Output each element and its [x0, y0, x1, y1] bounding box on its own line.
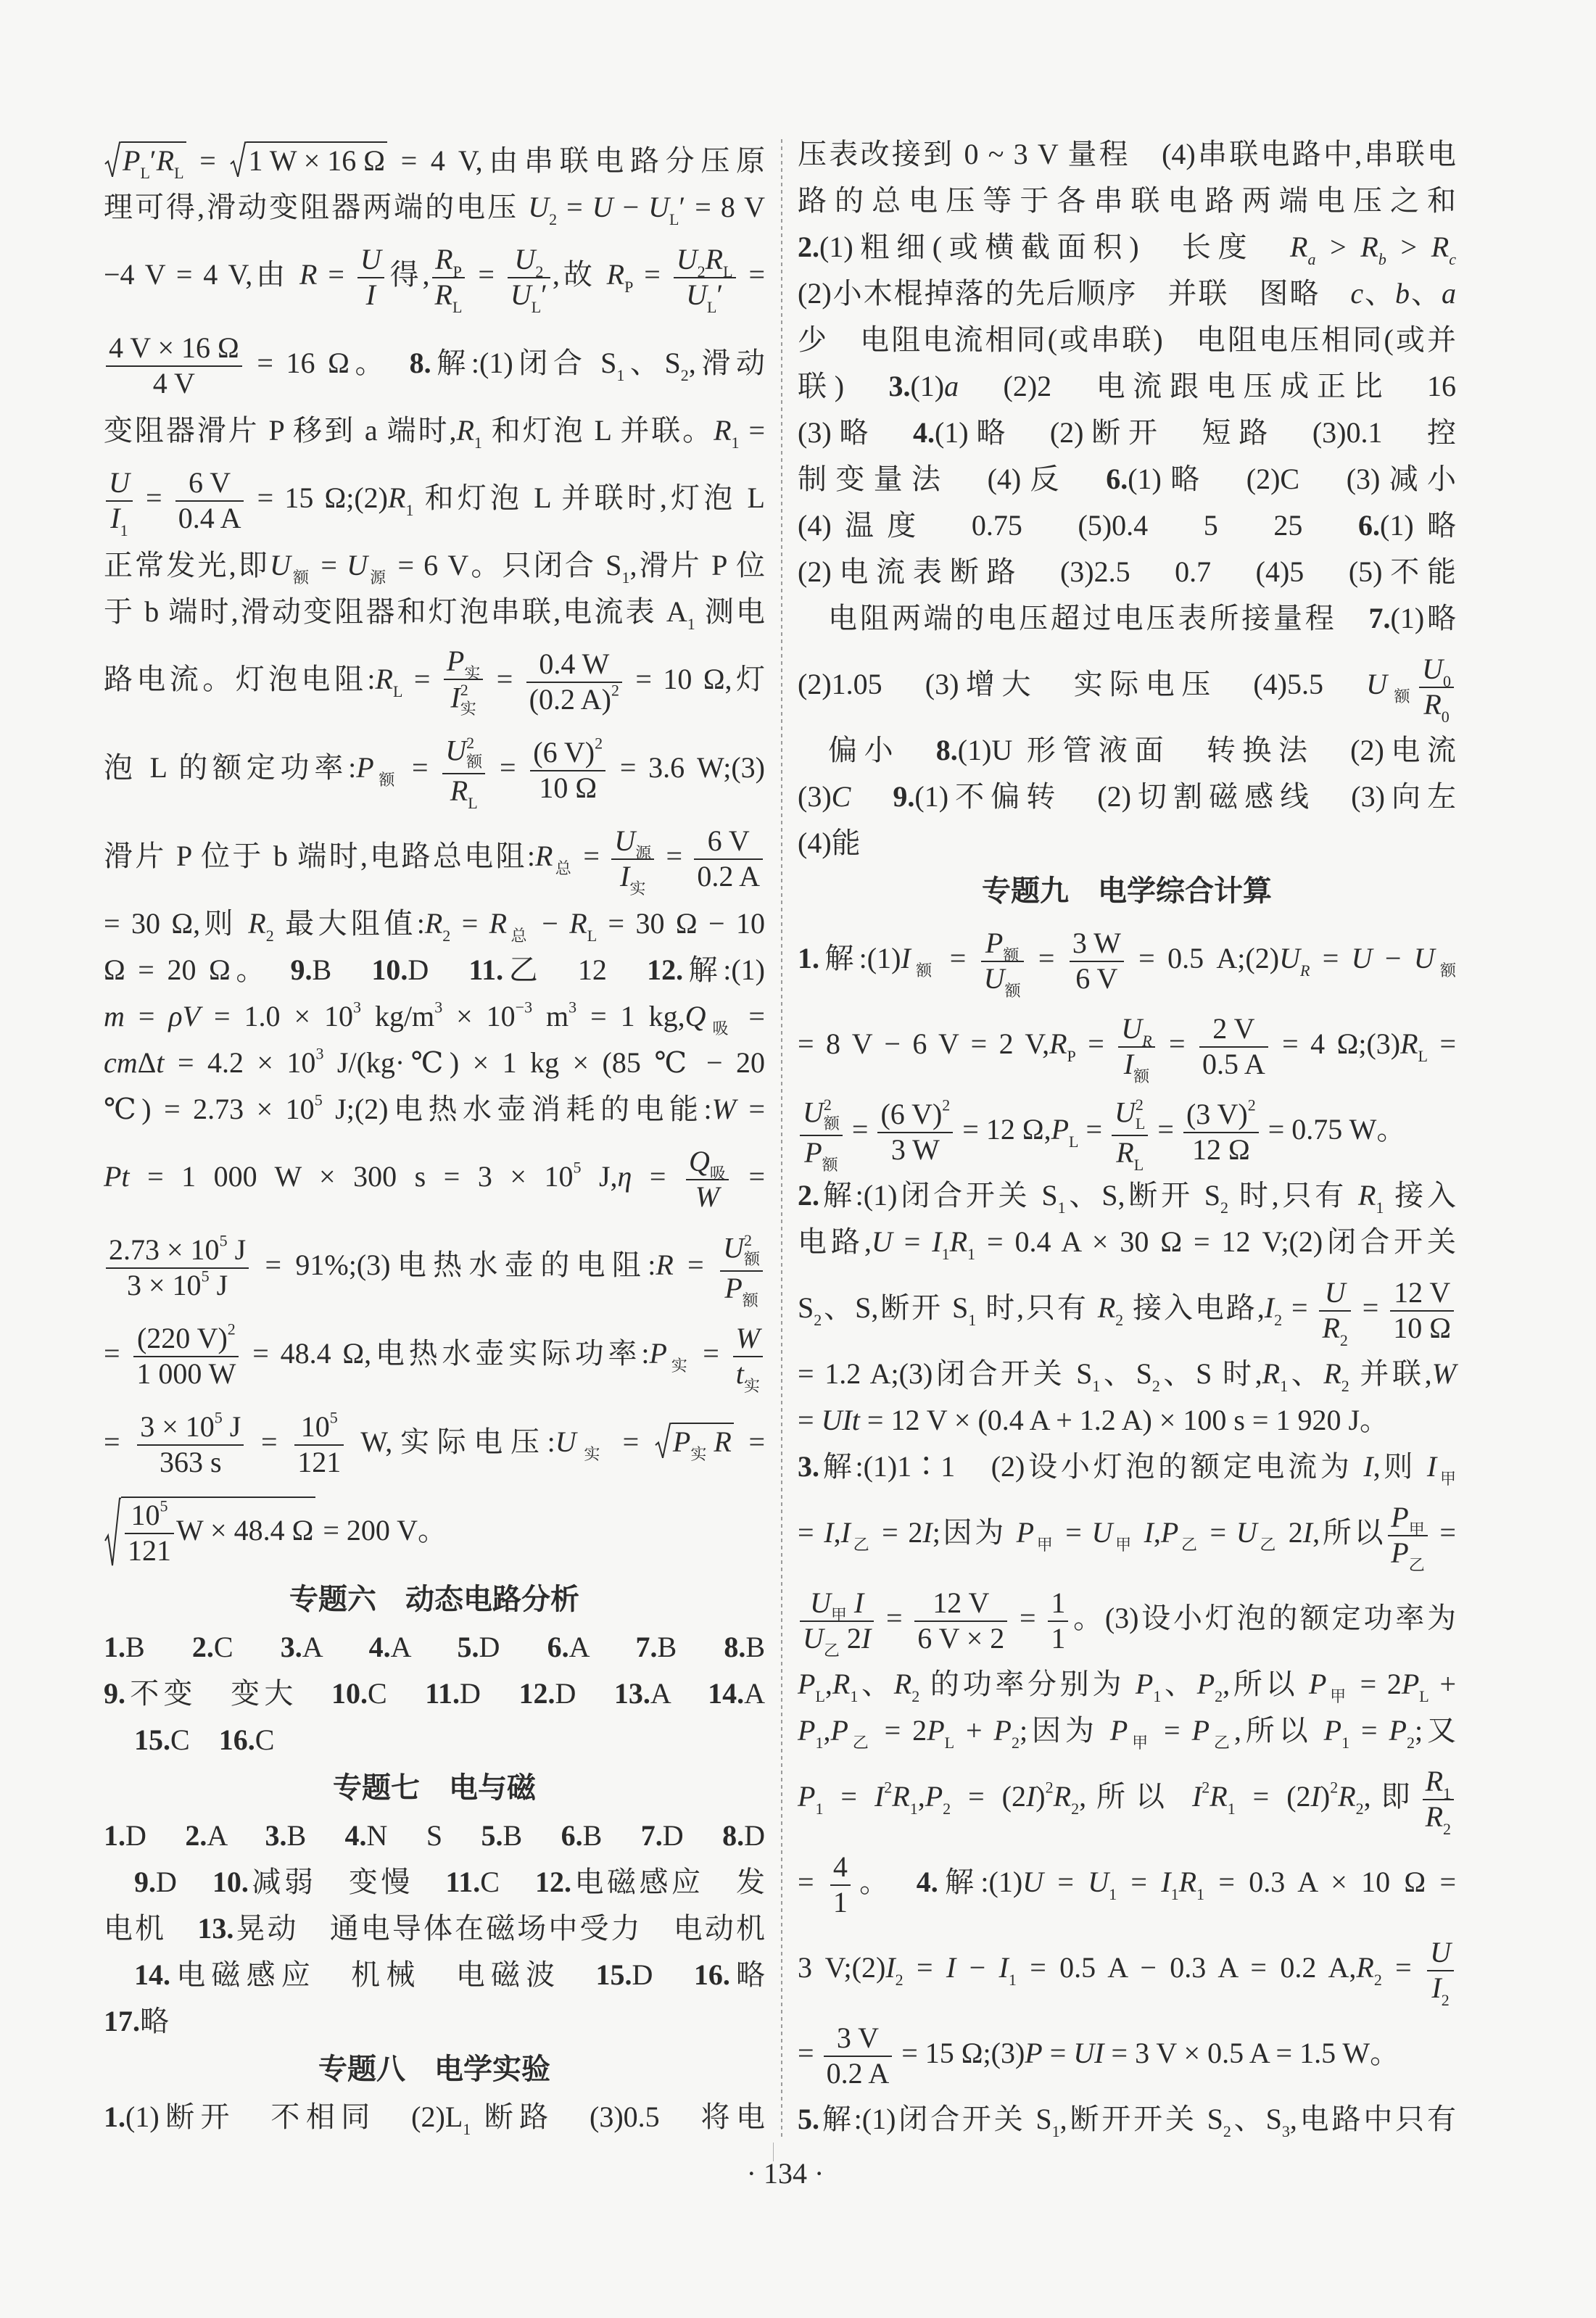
text-run: ,滑片 P 位	[629, 549, 765, 581]
superscript: 2	[824, 1096, 840, 1114]
fraction: U2LRL	[1112, 1096, 1148, 1170]
text-run: A	[302, 1631, 369, 1663]
sup-sub-stack: 2L	[1136, 1096, 1145, 1134]
answer-line: 1.D 2.A 3.B 4.N S 5.B 6.B 7.D 8.D	[104, 1813, 765, 1859]
answer-line: = UIt = 12 V × (0.4 A + 1.2 A) × 100 s =…	[798, 1397, 1456, 1444]
math-variable: R	[1426, 1800, 1443, 1833]
text-run: =	[311, 549, 347, 581]
superscript: 5	[573, 1158, 581, 1176]
text-run: 电阻两端的电压超过电压表所接量程	[828, 602, 1369, 634]
text-run: =	[467, 258, 505, 291]
fraction-denominator: U额	[981, 962, 1024, 996]
sup-sub-stack: 2实	[460, 681, 476, 719]
text-run: 理可得,滑动变阻器两端的电压	[104, 191, 528, 223]
answer-line: 2.73 × 105 J3 × 105 J = 91%;(3)电热水壶的电阻:R…	[104, 1221, 765, 1309]
text-run: (2)2 电流跟电压成正比 16	[959, 370, 1456, 402]
fraction-numerator: P甲	[1388, 1502, 1427, 1536]
text-run	[1134, 1516, 1144, 1549]
answer-line: 3 V;(2)I2 = I − I1 = 0.5 A − 0.3 A = 0.2…	[798, 1925, 1456, 2011]
answer-line: 滑片 P 位于 b 端时,电路总电阻:R总 = U源I实 = 6 V0.2 A	[104, 812, 765, 901]
fraction: U2RLUL′	[674, 244, 736, 312]
answer-line: 9.D 10.减弱 变慢 11.C 12.电磁感应 发	[104, 1859, 765, 1905]
answer-line: (2)1.05 (3)增大 实际电压 (4)5.5 U额U0R0	[798, 642, 1456, 727]
math-variable: I	[1427, 1450, 1436, 1483]
math-variable: I	[922, 1516, 932, 1549]
text-run: =	[823, 1780, 875, 1813]
text-run: ;因为	[933, 1516, 1017, 1549]
text-run: ,断开开关 S	[1060, 2103, 1223, 2135]
answer-line: S2、S,断开 S1 时,只有 R2 接入电路,I2 = UR2 = 12 V1…	[798, 1265, 1456, 1351]
fraction-denominator: R0	[1419, 688, 1454, 721]
fraction-denominator: RL	[442, 774, 485, 808]
fraction: 6 V0.2 A	[694, 825, 763, 893]
text-run: C	[255, 1723, 275, 1756]
text-run: = 1 kg,	[576, 1000, 685, 1032]
question-number: 15.	[596, 1958, 632, 1991]
text-run: =	[735, 1000, 765, 1032]
text-run: 2 V	[1212, 1012, 1254, 1045]
subscript: 2	[1442, 1991, 1450, 2009]
text-run: × 10	[442, 1000, 515, 1032]
text-run: ,即	[1364, 1780, 1421, 1813]
math-variable: P	[1391, 1536, 1408, 1569]
fraction-numerator: P实	[444, 645, 483, 680]
text-run: A	[207, 1819, 265, 1852]
square-root: 105121W × 48.4 Ω	[104, 1497, 315, 1568]
answer-line: 泡 L 的额定功率:P额 = U2额RL = (6 V)210 Ω = 3.6 …	[104, 724, 765, 812]
math-variable: UIt	[822, 1404, 860, 1436]
subscript: 2	[1374, 1971, 1382, 1989]
math-variable: R	[456, 414, 474, 447]
fraction: 105121	[125, 1499, 174, 1568]
fraction: 4 V × 16 Ω4 V	[106, 332, 242, 400]
answer-line: 于 b 端时,滑动变阻器和灯泡串联,电流表 A1 测电	[104, 589, 765, 635]
answer-line: 15.C 16.C	[104, 1717, 765, 1763]
text-run: = 30 Ω − 10	[597, 907, 765, 940]
text-run: D	[663, 1819, 722, 1852]
math-variable: P	[724, 1272, 742, 1304]
text-run: (1)断开 不相同 (2)L	[125, 2100, 463, 2133]
fraction-numerator: U2额	[800, 1096, 843, 1136]
text-run: B	[125, 1631, 192, 1663]
math-variable: U	[528, 191, 549, 223]
text-run: J	[223, 1410, 241, 1443]
text-run: ,滑动	[689, 347, 765, 379]
fraction-numerator: 12 V	[1390, 1277, 1454, 1312]
subscript: 实	[744, 1377, 760, 1395]
question-number: 1.	[798, 942, 819, 974]
text-run: A	[569, 1631, 636, 1663]
question-number: 17.	[104, 2005, 140, 2037]
text-run: 3 W	[1072, 927, 1121, 959]
subscript: 1	[1009, 1971, 1017, 1989]
section-heading: 专题八 电学实验	[104, 2045, 765, 2094]
text-run: ,故	[553, 258, 607, 291]
question-number: 4.	[913, 416, 935, 449]
question-number: 16.	[694, 1958, 730, 1991]
math-variable: UI	[1073, 2037, 1104, 2069]
text-run: 、S	[624, 347, 680, 379]
fraction-denominator: 1	[830, 1886, 851, 1919]
math-variable: U	[648, 191, 669, 223]
answer-line: = 41。 4.解:(1)U = U1 = I1R1 = 0.3 A × 10 …	[798, 1839, 1456, 1925]
answer-line: 105121W × 48.4 Ω = 200 V。	[104, 1486, 765, 1575]
math-variable: I	[1311, 1780, 1320, 1813]
question-number: 2.	[185, 1819, 207, 1852]
subscript: 乙	[824, 1642, 840, 1660]
answer-line: (4)能	[798, 820, 1456, 866]
fraction-numerator: U甲 I	[800, 1587, 874, 1622]
text-run: = 2	[872, 1516, 922, 1549]
math-variable: I	[366, 278, 376, 311]
math-variable: R	[1431, 231, 1449, 263]
text-run: J;(2)电热水壶消耗的电能:	[323, 1093, 712, 1125]
superscript: 2	[1046, 1778, 1054, 1796]
subscript: 1	[1171, 1885, 1179, 1903]
text-run: =	[104, 1425, 135, 1458]
subscript: 0	[1442, 708, 1450, 726]
text-run: =	[1382, 1951, 1425, 1984]
text-run: 12 V	[933, 1586, 989, 1619]
text-run: 时,只有	[976, 1291, 1097, 1324]
answer-line: Ω = 20 Ω。 9.B 10.D 11.乙 12 12.解:(1)	[104, 947, 765, 993]
text-run: (3 V)	[1186, 1098, 1248, 1130]
text-run: =	[1009, 1602, 1046, 1634]
subscript: 2	[1223, 2122, 1231, 2140]
subscript: L	[945, 1734, 954, 1752]
fraction-numerator: W	[733, 1322, 763, 1357]
answer-line: 路的总电压等于各串联电路两端电压之和	[798, 178, 1456, 224]
text-run: =	[904, 1951, 946, 1984]
superscript: 2	[595, 734, 603, 752]
text-run: 电路,	[798, 1225, 872, 1258]
math-variable: C	[832, 780, 851, 813]
math-variable: η	[618, 1160, 632, 1193]
math-variable: W	[736, 1322, 760, 1354]
text-run: 10	[131, 1499, 160, 1531]
math-variable: I	[110, 502, 120, 534]
fraction-denominator: 363 s	[137, 1446, 244, 1479]
answer-line: 联) 3.(1)a (2)2 电流跟电压成正比 16	[798, 363, 1456, 410]
math-variable: R	[376, 663, 393, 695]
fraction-denominator: 0.2 A	[824, 2057, 893, 2090]
answer-line: = 8 V − 6 V = 2 V,RP = URI额 = 2 V0.5 A =…	[798, 1001, 1456, 1087]
math-variable: P	[1309, 1668, 1326, 1700]
math-variable: m	[104, 1000, 125, 1032]
text-run: 接入	[1384, 1179, 1456, 1212]
math-variable: I	[1124, 1048, 1133, 1080]
text-run: 解:(1)	[938, 1866, 1022, 1898]
text-run: (1)U 形管液面 转换法 (2)电流	[958, 734, 1456, 766]
math-variable: U	[1115, 1096, 1136, 1129]
math-variable: I	[824, 1516, 833, 1549]
math-variable: U	[1092, 1516, 1113, 1549]
radicand: 105121W × 48.4 Ω	[121, 1497, 315, 1568]
text-run: 10	[301, 1410, 330, 1443]
fraction-denominator: 3 W	[877, 1133, 953, 1167]
text-run: B	[745, 1631, 765, 1663]
math-variable: I	[1192, 1780, 1202, 1813]
fraction-numerator: U2	[508, 244, 550, 278]
math-variable: I	[1363, 1450, 1373, 1483]
fraction: P甲P乙	[1388, 1502, 1427, 1570]
text-run: 减弱 变慢	[249, 1866, 446, 1898]
text-run: =	[574, 840, 609, 872]
subscript: 2	[1443, 1820, 1451, 1838]
text-run: 解:(1)	[819, 942, 901, 974]
subscript: 1	[463, 2120, 471, 2138]
text-run: =	[1043, 2037, 1074, 2069]
text-run: 0.4 W	[539, 647, 609, 680]
text-run: =	[734, 1425, 765, 1458]
question-number: 15.	[134, 1723, 170, 1756]
text-run: 制变量法 (4)反	[798, 463, 1106, 495]
text-run: =	[135, 481, 173, 514]
answer-line: = 30 Ω,则 R2 最大阻值:R2 = R总 − RL = 30 Ω − 1…	[104, 901, 765, 947]
subscript: L	[1136, 1114, 1145, 1133]
text-run: Ω = 20 Ω。	[104, 953, 291, 986]
subscript: 1	[815, 1800, 823, 1818]
math-variable: I	[946, 1951, 956, 1984]
question-number: 10.	[371, 953, 408, 986]
text-run: =	[1428, 1027, 1456, 1060]
text-run: ,电路中只有	[1290, 2103, 1456, 2135]
subscript: a	[1307, 250, 1315, 268]
fraction: 12 V6 V × 2	[914, 1587, 1007, 1655]
math-variable: R	[1098, 1291, 1115, 1324]
subscript: 2	[681, 366, 689, 384]
subscript: 1	[1052, 2122, 1060, 2140]
math-variable: P	[123, 144, 140, 177]
text-run: (1)	[910, 370, 944, 402]
fraction-numerator: U2额	[442, 734, 485, 774]
math-variable: W	[712, 1093, 736, 1125]
text-run: 路电流。灯泡电阻:	[104, 663, 376, 695]
text-run: =	[317, 258, 355, 291]
subscript: L	[532, 298, 541, 316]
fraction-numerator: R1	[1423, 1766, 1454, 1800]
math-variable: U	[1121, 1012, 1142, 1045]
text-run: J	[228, 1233, 247, 1266]
math-variable: W	[695, 1180, 719, 1213]
subscript: L	[140, 164, 149, 182]
subscript: 额	[1133, 1067, 1149, 1085]
subscript: 实	[576, 1445, 608, 1463]
text-run: 4 V × 16 Ω	[109, 331, 239, 364]
fraction-denominator: 121	[125, 1534, 174, 1568]
fraction-numerator: 105	[294, 1411, 344, 1446]
radicand: PL′RL	[121, 141, 186, 178]
subscript: 2	[1340, 1331, 1348, 1349]
fraction: URI额	[1118, 1013, 1154, 1081]
text-run: 、S,断开 S	[822, 1291, 968, 1324]
text-run: ,所以	[1223, 1668, 1309, 1700]
text-run: 121	[297, 1446, 341, 1478]
text-run: 10 Ω	[539, 771, 597, 804]
math-variable: U	[614, 824, 635, 857]
question-number: 6.	[1358, 509, 1380, 542]
subscript: 甲	[1436, 1470, 1456, 1488]
answer-line: 17.略	[104, 1998, 765, 2045]
answer-line: P1 = I2R1,P2 = (2I)2R2,所以 I2R1 = (2I)2R2…	[798, 1754, 1456, 1839]
text-run: =	[1157, 1027, 1197, 1060]
subscript: 1	[910, 1800, 918, 1818]
left-column: PL′RL = 1 W × 16 Ω = 4 V,由串联电路分压原理可得,滑动变…	[104, 138, 765, 2140]
text-run: = 3.6 W;(3)	[608, 751, 765, 784]
subscript: L	[468, 794, 477, 812]
question-number: 2.	[798, 231, 819, 263]
text-run: = 2	[1349, 1668, 1402, 1700]
text-run: = 12 V × (0.4 A + 1.2 A) × 100 s = 1 920…	[860, 1404, 1389, 1436]
fraction-numerator: RP	[432, 244, 466, 278]
question-number: 11.	[425, 1677, 460, 1710]
subscript: L	[587, 927, 597, 945]
math-variable: I	[885, 1951, 895, 1984]
question-number: 16.	[219, 1723, 255, 1756]
fraction-denominator: 3 × 105 J	[106, 1269, 249, 1302]
math-variable: P	[1402, 1668, 1419, 1700]
math-variable: I	[1303, 1516, 1312, 1549]
fraction: 105121	[294, 1411, 344, 1479]
answer-line: 少 电阻电流相同(或串联) 电阻电压相同(或并	[798, 317, 1456, 363]
question-number: 5.	[481, 1819, 503, 1852]
math-variable: U	[1022, 1866, 1043, 1898]
math-variable: R	[607, 258, 624, 291]
square-root: P实 R	[654, 1423, 734, 1459]
answer-line: (2)小木棍掉落的先后顺序 并联 图略 c、b、a	[798, 270, 1456, 317]
text-run: 0.2 A	[827, 2057, 890, 2090]
text-run: =	[125, 1000, 168, 1032]
answer-key-page: PL′RL = 1 W × 16 Ω = 4 V,由串联电路分压原理可得,滑动变…	[0, 0, 1596, 2318]
text-run: ,	[823, 1714, 830, 1747]
question-number: 7.	[1369, 602, 1391, 634]
text-run: C	[214, 1631, 281, 1663]
square-root: 1 W × 16 Ω	[229, 141, 387, 178]
text-run: Δ	[138, 1046, 157, 1079]
answer-line: 9.不变 变大 10.C 11.D 12.D 13.A 14.A	[104, 1671, 765, 1717]
subscript: 1	[850, 1687, 858, 1705]
text-run: = 12 Ω,	[955, 1113, 1051, 1146]
fraction: 41	[830, 1851, 851, 1919]
math-variable: R	[450, 774, 468, 807]
fraction-numerator: U2额	[720, 1231, 763, 1272]
text-run: −	[956, 1951, 998, 1984]
subscript: L	[707, 298, 716, 316]
subscript: 甲	[1034, 1536, 1055, 1554]
text-run: 滑片 P 位于 b 端时,电路总电阻:	[104, 840, 535, 872]
fraction-denominator: U乙 2I	[800, 1622, 874, 1655]
superscript: 2	[942, 1096, 950, 1114]
math-variable: R	[535, 840, 553, 872]
fraction-denominator: I1	[106, 502, 133, 535]
text-run: 3 V;(2)	[798, 1951, 885, 1984]
answer-line: Pt = 1 000 W × 300 s = 3 × 105 J,η = Q吸W…	[104, 1133, 765, 1221]
math-variable: P	[1391, 1501, 1408, 1533]
text-run: ℃) = 2.73 × 10	[104, 1093, 315, 1125]
math-variable: P	[356, 751, 373, 784]
math-variable: P	[1136, 1668, 1153, 1700]
subscript: 实	[667, 1357, 692, 1375]
fraction-denominator: 6 V × 2	[914, 1622, 1007, 1655]
text-run: A	[650, 1677, 708, 1710]
answer-line: (2)电流表断路 (3)2.5 0.7 (4)5 (5)不能	[798, 549, 1456, 595]
text-run: (2)电流表断路 (3)2.5 0.7 (4)5 (5)不能	[798, 555, 1456, 588]
text-run: 、	[1288, 1357, 1323, 1390]
text-run: =	[1026, 942, 1067, 974]
question-number: 9.	[134, 1866, 156, 1898]
fraction: P额U额	[981, 927, 1024, 996]
math-variable: I	[901, 942, 910, 974]
radical-sign-icon	[654, 1423, 671, 1459]
fraction-denominator: 10 Ω	[1390, 1312, 1454, 1345]
text-run: 4	[833, 1850, 848, 1883]
text-run: =	[736, 1093, 765, 1125]
fraction-numerator: U	[357, 244, 384, 278]
text-run: ;又	[1415, 1714, 1456, 1747]
math-variable: P	[1192, 1714, 1210, 1747]
math-variable: I	[620, 860, 629, 893]
text-run: B	[503, 1819, 561, 1852]
math-variable: Q	[689, 1145, 710, 1177]
text-run: 3 W	[891, 1133, 940, 1166]
math-variable: U	[592, 191, 613, 223]
text-run: −	[613, 191, 649, 223]
text-run: (0.2 A)	[529, 683, 611, 716]
subscript: 1	[1196, 1885, 1204, 1903]
fraction: UI1	[106, 467, 133, 535]
text-run: kg/m	[361, 1000, 434, 1032]
subscript: 1	[1376, 1199, 1384, 1217]
answer-line: 理可得,滑动变阻器两端的电压 U2 = U − UL′ = 8 V	[104, 184, 765, 231]
math-variable: ρV	[168, 1000, 200, 1032]
math-variable: U	[677, 243, 698, 276]
text-run: =	[400, 751, 440, 784]
text-run: =	[1043, 1866, 1088, 1898]
subscript: 1	[120, 521, 128, 539]
fraction-denominator: 12 Ω	[1183, 1133, 1259, 1167]
subscript: L	[174, 164, 183, 182]
fraction: R1R2	[1423, 1766, 1454, 1834]
text-run: (6 V)	[533, 736, 595, 769]
text-run: 1	[1051, 1622, 1065, 1655]
math-variable: W	[1432, 1357, 1456, 1390]
fraction: 3 W6 V	[1070, 927, 1124, 996]
math-variable: P	[1051, 1113, 1069, 1146]
math-variable: P	[1017, 1516, 1034, 1549]
answer-line: P1,P乙 = 2PL + P2;因为 P甲 = P乙,所以 P1 = P2;又	[798, 1708, 1456, 1754]
math-variable: U	[872, 1225, 893, 1258]
fraction-numerator: 1	[1048, 1587, 1068, 1622]
text-run: = 48.4 Ω,电热水壶实际功率:	[241, 1337, 649, 1370]
page-number: · 134 ·	[713, 2156, 858, 2191]
answer-line: 5.解:(1)闭合开关 S1,断开开关 S2、S3,电路中只有	[798, 2096, 1456, 2143]
text-run: (4)温度 0.75 (5)0.4 5 25	[798, 509, 1358, 542]
text-run: ;因为	[1020, 1714, 1110, 1747]
section-heading: 专题九 电学综合计算	[798, 866, 1456, 916]
fraction-numerator: 3 V	[824, 2022, 893, 2057]
answer-line: (3)C 9.(1)不偏转 (2)切割磁感线 (3)向左	[798, 774, 1456, 820]
text-run: 6 V	[189, 466, 231, 499]
radical-sign-icon	[229, 141, 247, 178]
radicand: 1 W × 16 Ω	[247, 141, 387, 178]
text-run: = (2	[1236, 1780, 1311, 1813]
fraction: RPRL	[432, 244, 466, 312]
question-number: 14.	[134, 1958, 170, 1991]
math-variable: b	[1395, 277, 1410, 310]
text-run: 并联,	[1349, 1357, 1432, 1390]
math-variable: U	[803, 1096, 824, 1129]
question-number: 1.	[104, 1631, 125, 1663]
